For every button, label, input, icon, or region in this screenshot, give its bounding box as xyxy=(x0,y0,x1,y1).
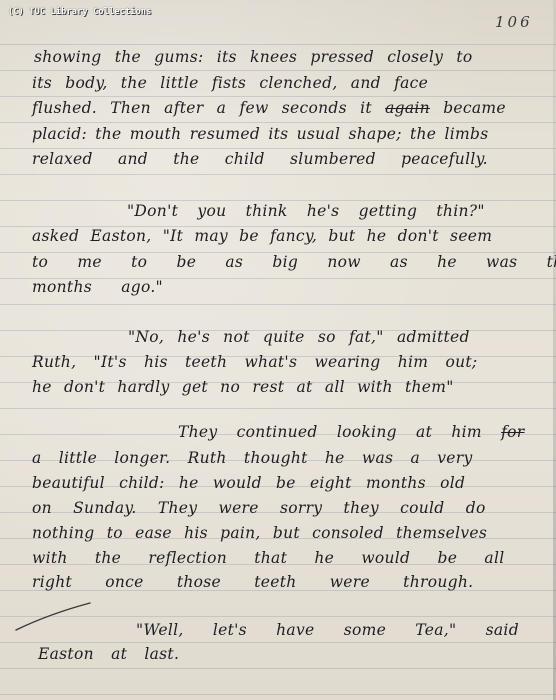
copyright-watermark: (C) TUC Library Collections xyxy=(8,7,152,17)
text-line: Ruth, "It's his teeth what's wearing him… xyxy=(32,353,477,371)
text-line: with the reflection that he would be all xyxy=(32,549,505,567)
text-line: relaxed and the child slumbered peaceful… xyxy=(32,150,488,168)
text-line: They continued looking at him for xyxy=(178,423,525,441)
page-number: 106 xyxy=(495,13,533,31)
text-line: right once those teeth were through. xyxy=(32,573,473,591)
text-line: he don't hardly get no rest at all with … xyxy=(32,378,454,396)
text-line: showing the gums: its knees pressed clos… xyxy=(34,48,473,66)
text-line: Easton at last. xyxy=(38,645,179,663)
text-line: on Sunday. They were sorry they could do xyxy=(32,499,486,517)
text-segment: They continued looking at him xyxy=(178,423,482,441)
text-segment: flushed. Then after a few seconds it xyxy=(32,99,372,117)
manuscript-page: (C) TUC Library Collections 106 showing … xyxy=(0,0,556,700)
text-line: nothing to ease his pain, but consoled t… xyxy=(32,524,487,542)
text-line: beautiful child: he would be eight month… xyxy=(32,474,465,492)
struck-word: again xyxy=(385,99,430,117)
text-line: placid: the mouth resumed its usual shap… xyxy=(32,125,488,143)
margin-pen-stroke xyxy=(14,600,94,640)
struck-word: for xyxy=(501,423,524,441)
text-line: to me to be as big now as he was three xyxy=(32,253,556,271)
text-line: "Well, let's have some Tea," said xyxy=(136,621,519,639)
text-line: months ago." xyxy=(32,278,163,296)
text-line: flushed. Then after a few seconds it aga… xyxy=(32,99,506,117)
text-line: a little longer. Ruth thought he was a v… xyxy=(32,449,473,467)
text-line: "Don't you think he's getting thin?" xyxy=(127,202,485,220)
text-line: asked Easton, "It may be fancy, but he d… xyxy=(32,227,492,245)
text-line: its body, the little fists clenched, and… xyxy=(32,74,428,92)
text-segment: became xyxy=(443,99,506,117)
text-line: "No, he's not quite so fat," admitted xyxy=(128,328,470,346)
